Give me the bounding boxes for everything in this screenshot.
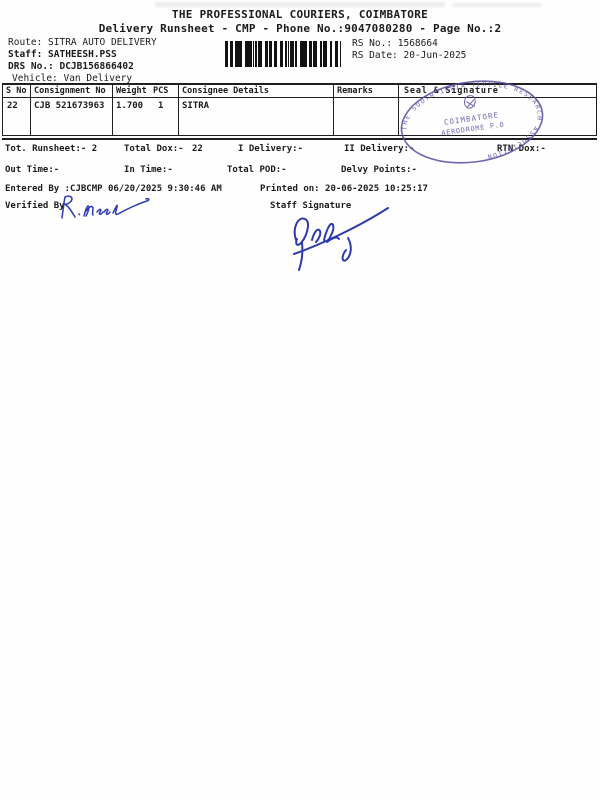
cell-consignee: SITRA bbox=[182, 101, 209, 111]
scan-smudge bbox=[155, 2, 445, 7]
col-header-remarks: Remarks bbox=[337, 86, 373, 96]
in-time: In Time:- bbox=[124, 165, 173, 175]
staff-line: Staff: SATHEESH.PSS bbox=[8, 49, 117, 60]
total-runsheet: Tot. Runsheet:- 2 bbox=[5, 144, 97, 154]
document-subtitle: Delivery Runsheet - CMP - Phone No.:9047… bbox=[0, 22, 600, 35]
col-header-pcs: PCS bbox=[153, 86, 168, 96]
barcode bbox=[225, 41, 341, 67]
drs-no-line: DRS No.: DCJB156866402 bbox=[8, 61, 134, 72]
col-header-weight: Weight bbox=[116, 86, 147, 96]
col-header-s-no: S No bbox=[6, 86, 26, 96]
table-column-divider bbox=[333, 83, 334, 136]
col-header-consignment: Consignment No bbox=[34, 86, 106, 96]
route-line: Route: SITRA AUTO DELIVERY bbox=[8, 37, 157, 48]
total-dox-value: 22 bbox=[192, 144, 203, 154]
table-column-divider bbox=[30, 83, 31, 136]
rs-no-line: RS No.: 1568664 bbox=[352, 38, 438, 49]
cell-s-no: 22 bbox=[7, 101, 18, 111]
cell-pcs: 1 bbox=[158, 101, 163, 111]
verified-by-signature bbox=[52, 190, 157, 224]
cell-weight: 1.700 bbox=[116, 101, 143, 111]
cell-consignment-no: CJB 521673963 bbox=[34, 101, 104, 111]
table-column-divider bbox=[178, 83, 179, 136]
col-header-consignee: Consignee Details bbox=[182, 86, 269, 96]
table-column-divider bbox=[596, 83, 597, 136]
total-dox-label: Total Dox:- bbox=[124, 144, 184, 154]
i-delivery: I Delivery:- bbox=[238, 144, 303, 154]
document-title: THE PROFESSIONAL COURIERS, COIMBATORE bbox=[0, 8, 600, 21]
printed-on: Printed on: 20-06-2025 10:25:17 bbox=[260, 184, 428, 194]
out-time: Out Time:- bbox=[5, 165, 59, 175]
stamp-emblem-icon bbox=[464, 95, 477, 109]
scan-smudge bbox=[452, 3, 542, 7]
rs-date-line: RS Date: 20-Jun-2025 bbox=[352, 50, 466, 61]
staff-signature-handwriting bbox=[282, 198, 400, 276]
table-column-divider bbox=[112, 83, 113, 136]
total-pod: Total POD:- bbox=[227, 165, 287, 175]
rubber-stamp: THE SOUTH INDIA TEXTILE RESEARCH ASSOCIA… bbox=[392, 74, 552, 170]
table-column-divider bbox=[2, 83, 3, 136]
scanned-delivery-runsheet: THE PROFESSIONAL COURIERS, COIMBATORE De… bbox=[0, 0, 600, 800]
